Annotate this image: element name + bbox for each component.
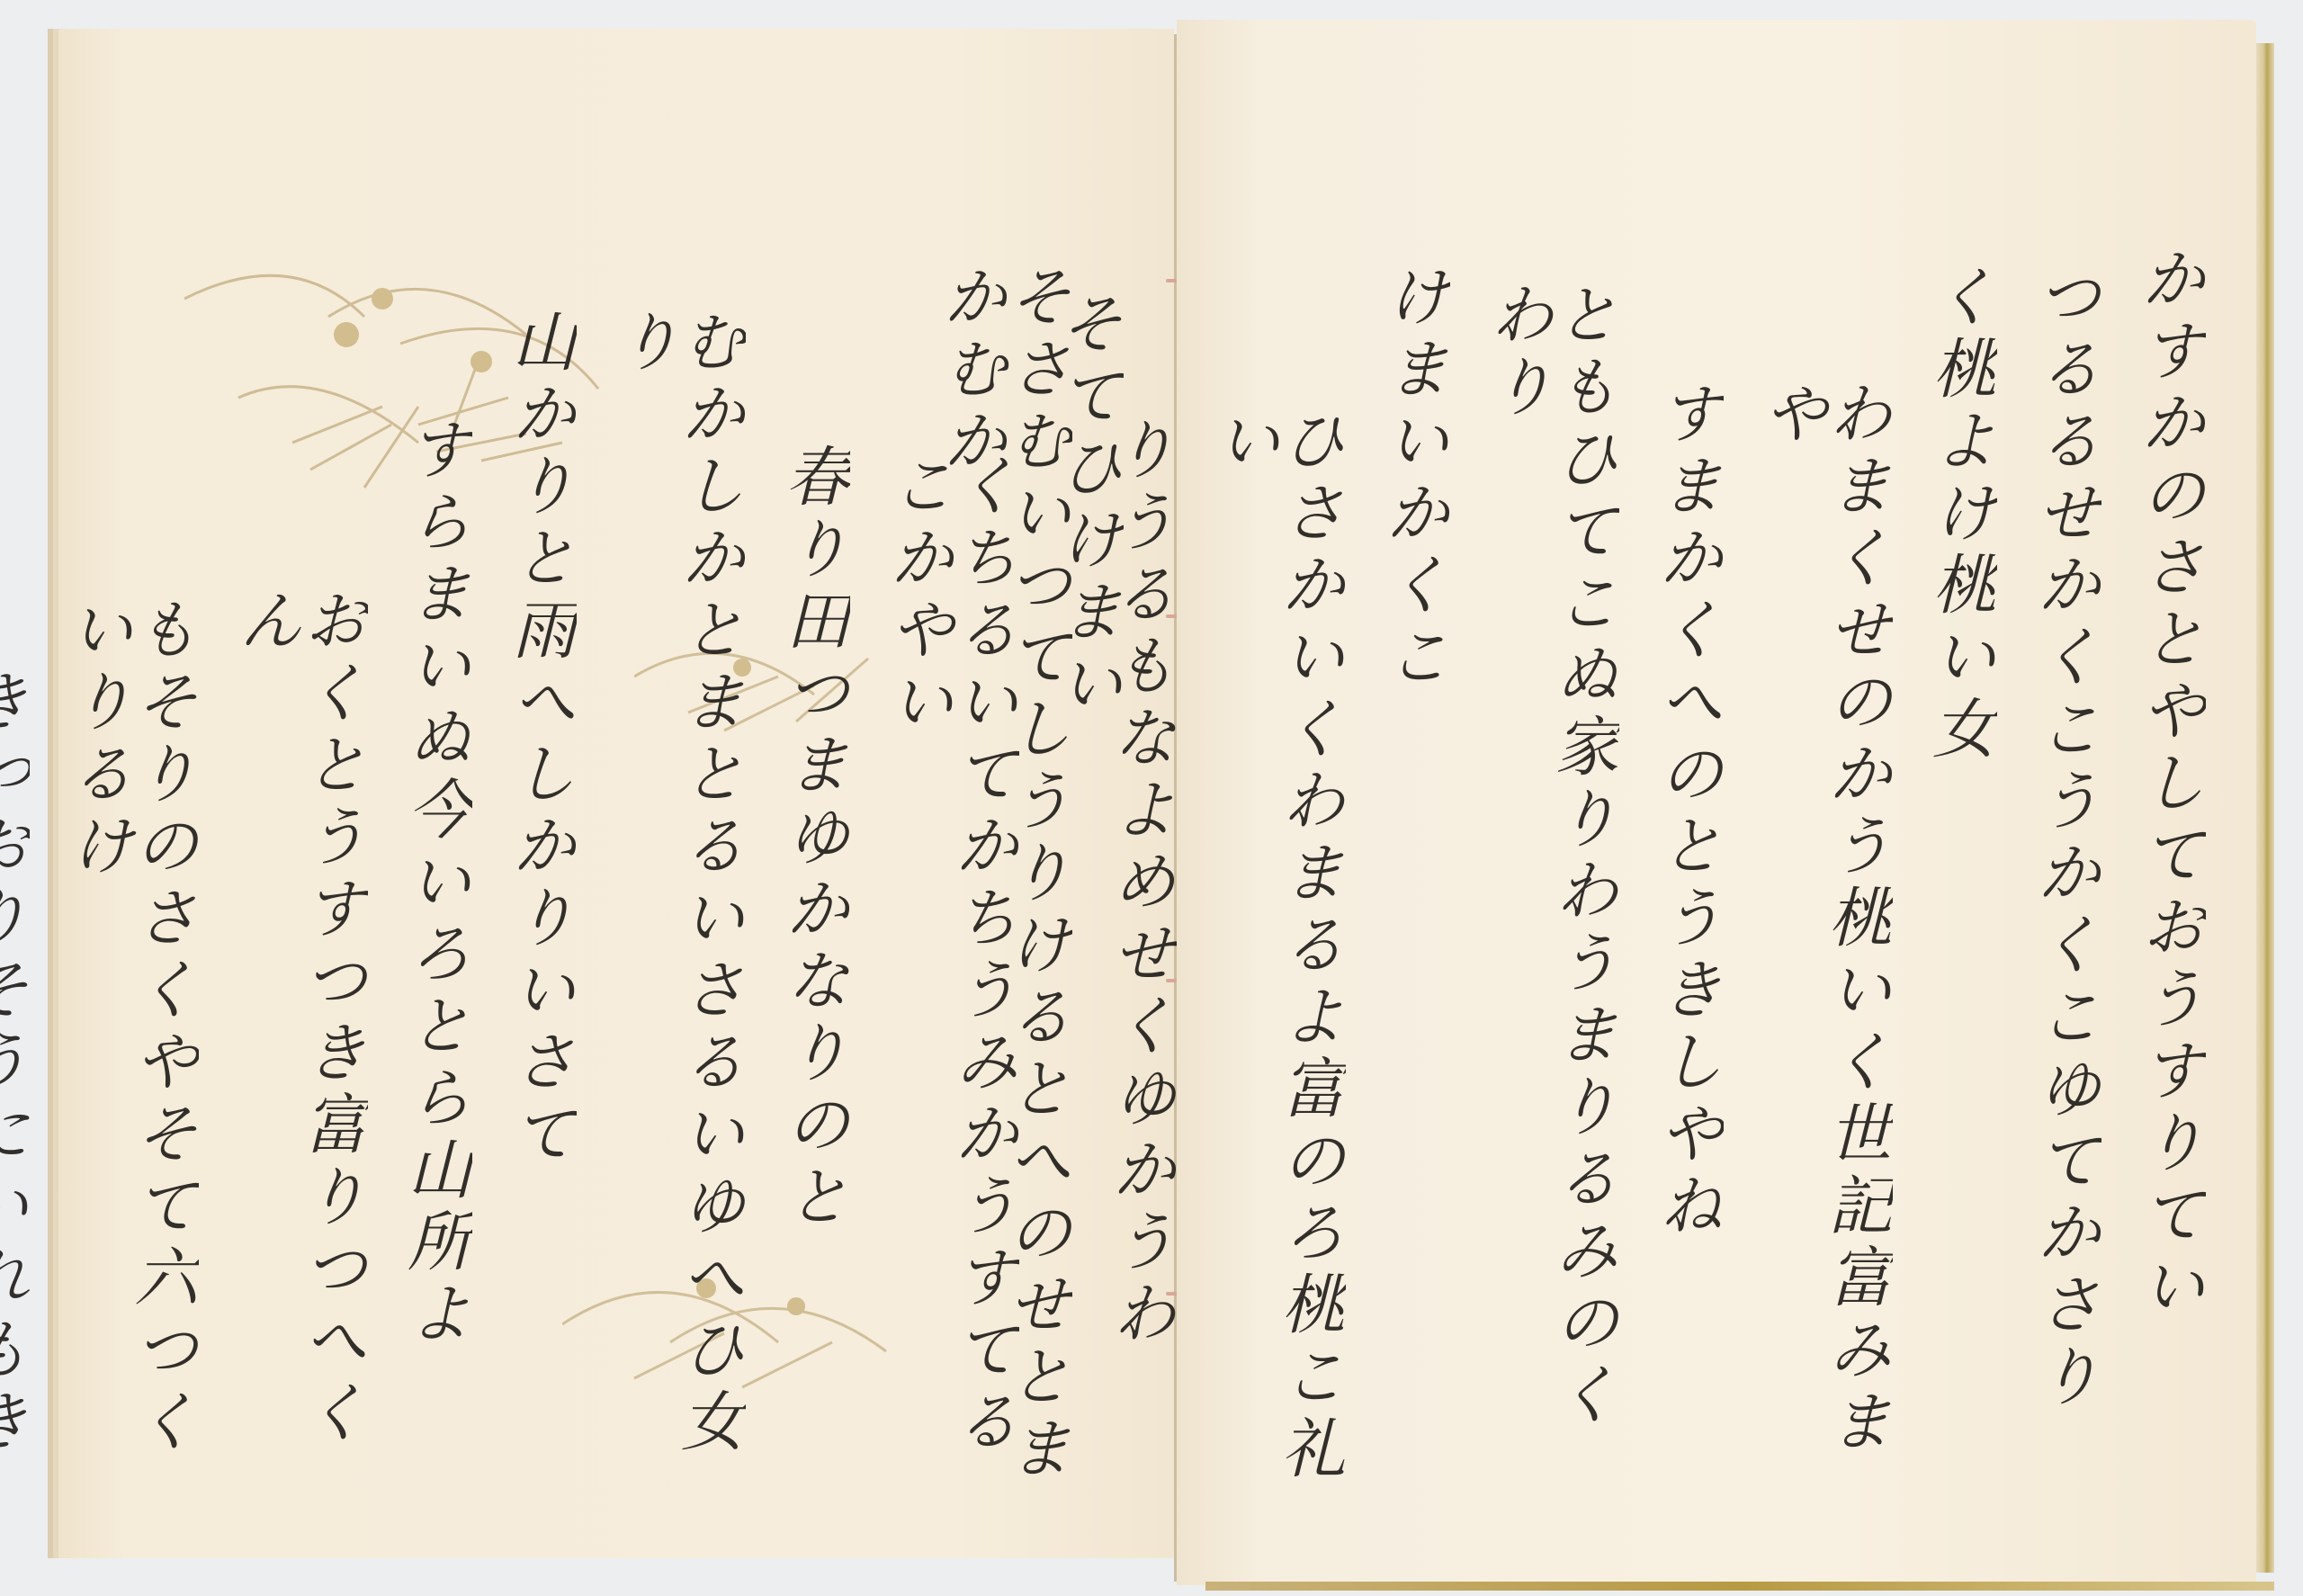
text-column: ひさかいくわまるよ富のろ桃こ礼い	[1191, 245, 1360, 1486]
text-column: く桃よけ桃い女	[1907, 245, 2012, 1486]
text-column: すまかくへのとうきしやね	[1634, 245, 1738, 1486]
text-column: ともひてこぬ家りわうまりるみのくわり	[1465, 245, 1634, 1486]
open-book: そてひけまい くちるいてかちうみかうすてるこかやい 春り田つまゆかなりのと むか…	[36, 25, 2285, 1573]
text-column: つるるせかくこうかくこゆてかさり	[2012, 245, 2116, 1486]
text-column: 山かりと雨へしかりいさて	[487, 290, 591, 1477]
text-column: けまいかくこ	[1360, 245, 1465, 1486]
text-column: そさむいつてしうりけるとへのせとまかむか	[918, 245, 1087, 1486]
text-column: 春り田つまゆかなりのと	[760, 290, 865, 1477]
text-column: きっおりそうにいれもきえてい	[0, 290, 44, 1477]
page-edge-gilt	[2256, 43, 2274, 1573]
photograph-scene: そてひけまい くちるいてかちうみかうすてるこかやい 春り田つまゆかなりのと むか…	[0, 0, 2303, 1596]
text-column: もそりのさくやそて六つくいりるけ	[44, 290, 213, 1477]
text-column: おくとうすつき富りつへくん	[213, 290, 382, 1477]
text-column: むかしかとまとるいさるいゆへひ女り	[591, 290, 760, 1477]
text-column: りうるもなよめせくゆかうわ	[1087, 245, 1191, 1486]
text-column: かすかのさとやしておうすりてい	[2116, 245, 2220, 1486]
text-column: すらまいぬ今いろとら山所よ	[382, 290, 487, 1477]
bottom-edge-gilt	[1205, 1582, 2274, 1591]
text-column: わまくせのかう桃いく世記富みまや	[1738, 245, 1907, 1486]
right-page: かすかのさとやしておうすりてい つるるせかくこうかくこゆてかさり く桃よけ桃い女…	[1177, 20, 2256, 1585]
right-page-text: かすかのさとやしておうすりてい つるるせかくこうかくこゆてかさり く桃よけ桃い女…	[918, 245, 2220, 1486]
